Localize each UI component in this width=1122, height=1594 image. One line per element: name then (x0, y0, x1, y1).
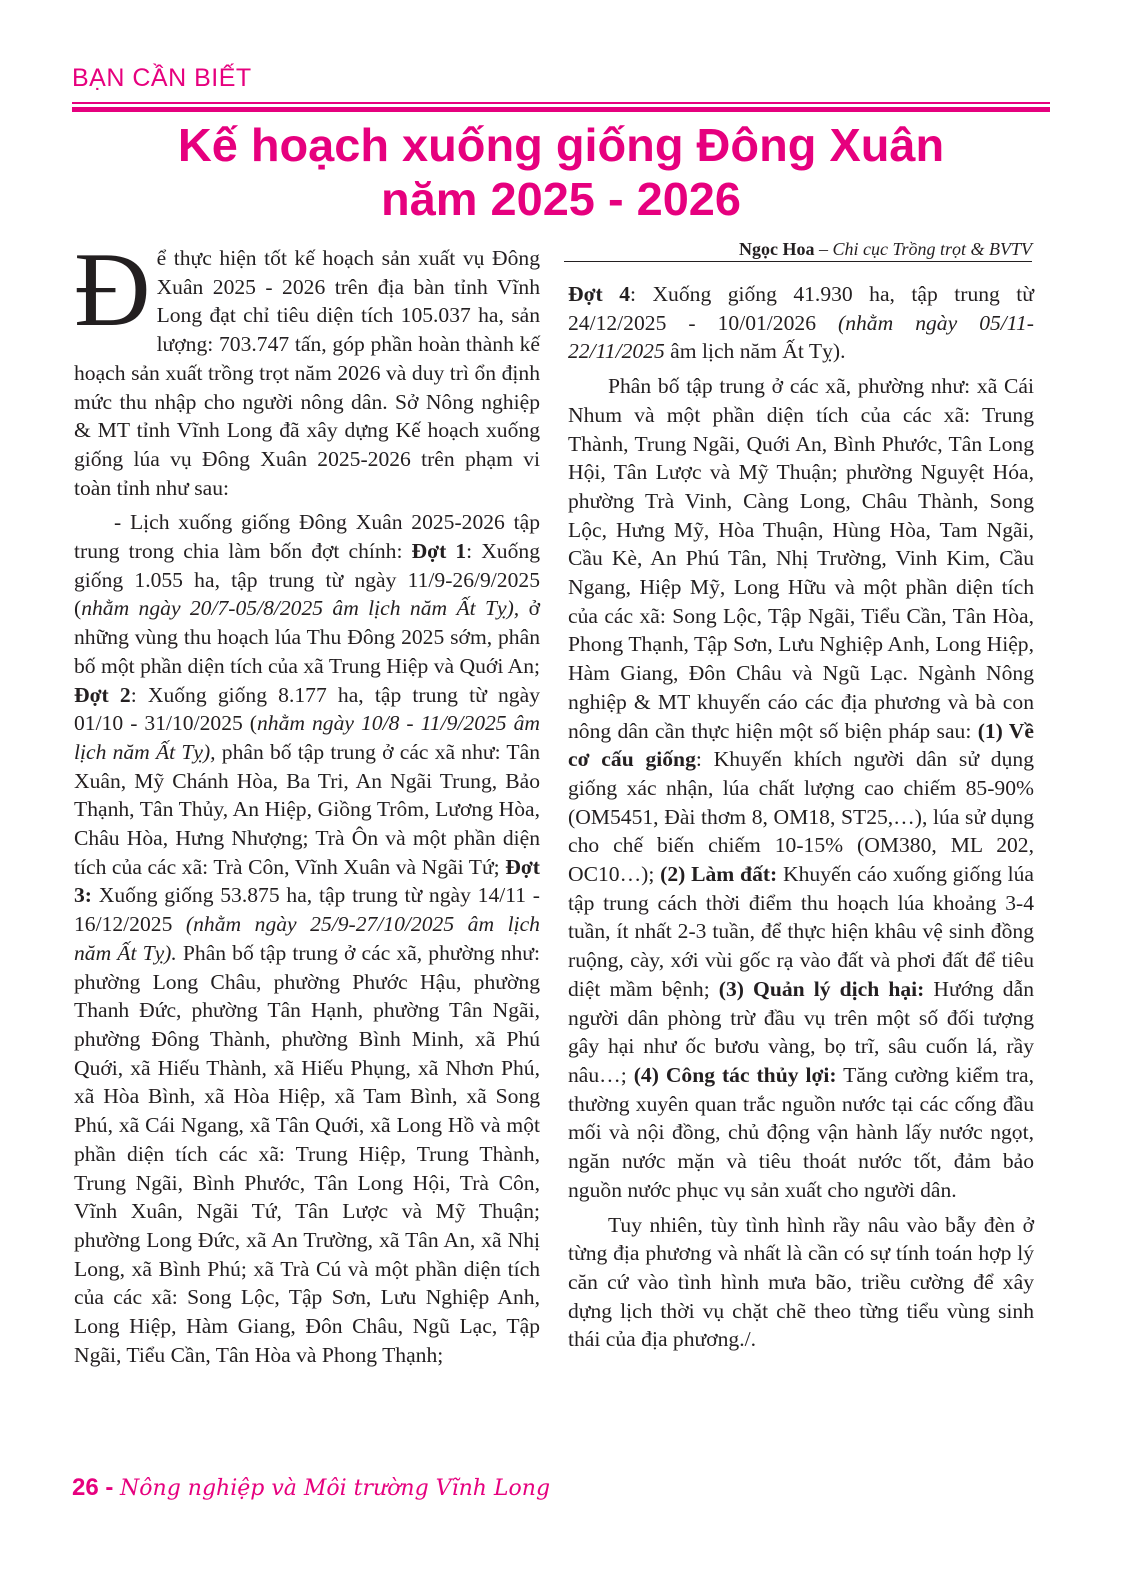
drop-cap: Đ (74, 248, 151, 332)
measure-4-label: (4) Công tác thủy lợi: (634, 1063, 837, 1087)
article-title: Kế hoạch xuống giống Đông Xuân năm 2025 … (50, 118, 1072, 226)
dot4-paragraph: Đợt 4: Xuống giống 41.930 ha, tập trung … (568, 280, 1034, 366)
right-column: Đợt 4: Xuống giống 41.930 ha, tập trung … (568, 280, 1034, 1354)
publication-name: Nông nghiệp và Môi trường Vĩnh Long (120, 1476, 550, 1501)
author-organization: Chi cục Trồng trọt & BVTV (832, 239, 1032, 259)
dot4-label: Đợt 4 (568, 282, 630, 306)
title-line-1: Kế hoạch xuống giống Đông Xuân (178, 119, 944, 171)
magazine-page: BẠN CẦN BIẾT Kế hoạch xuống giống Đông X… (0, 0, 1122, 1594)
section-label: BẠN CẦN BIẾT (72, 64, 252, 93)
intro-paragraph: Để thực hiện tốt kế hoạch sản xuất vụ Đô… (74, 244, 540, 502)
measure-2-label: (2) Làm đất: (660, 862, 777, 886)
title-line-2: năm 2025 - 2026 (381, 173, 741, 225)
header-rule-thick (72, 107, 1050, 112)
dot2-label: Đợt 2 (74, 683, 131, 707)
author-name: Ngọc Hoa (739, 239, 815, 259)
text-run: Phân bố tập trung ở các xã, phường như: … (568, 374, 1034, 742)
measure-3-label: (3) Quản lý dịch hại: (719, 977, 925, 1001)
left-column: Để thực hiện tốt kế hoạch sản xuất vụ Đô… (74, 244, 540, 1369)
byline: Ngọc Hoa – Chi cục Trồng trọt & BVTV (564, 238, 1032, 262)
text-run: âm lịch năm Ất Tỵ). (665, 339, 846, 363)
closing-paragraph: Tuy nhiên, tùy tình hình rầy nâu vào bẫy… (568, 1211, 1034, 1355)
lunar-date: nhằm ngày 20/7-05/8/2025 âm lịch năm Ất … (81, 596, 519, 620)
dot1-label: Đợt 1 (412, 539, 467, 563)
measures-paragraph: Phân bố tập trung ở các xã, phường như: … (568, 372, 1034, 1204)
text-run: Phân bố tập trung ở các xã, phường như: … (74, 941, 540, 1367)
header-rule-thin (72, 102, 1050, 104)
byline-separator: – (814, 239, 832, 259)
schedule-paragraph: - Lịch xuống giống Đông Xuân 2025-2026 t… (74, 508, 540, 1369)
page-footer: 26 - Nông nghiệp và Môi trường Vĩnh Long (72, 1474, 550, 1502)
page-number: 26 - (72, 1474, 120, 1501)
